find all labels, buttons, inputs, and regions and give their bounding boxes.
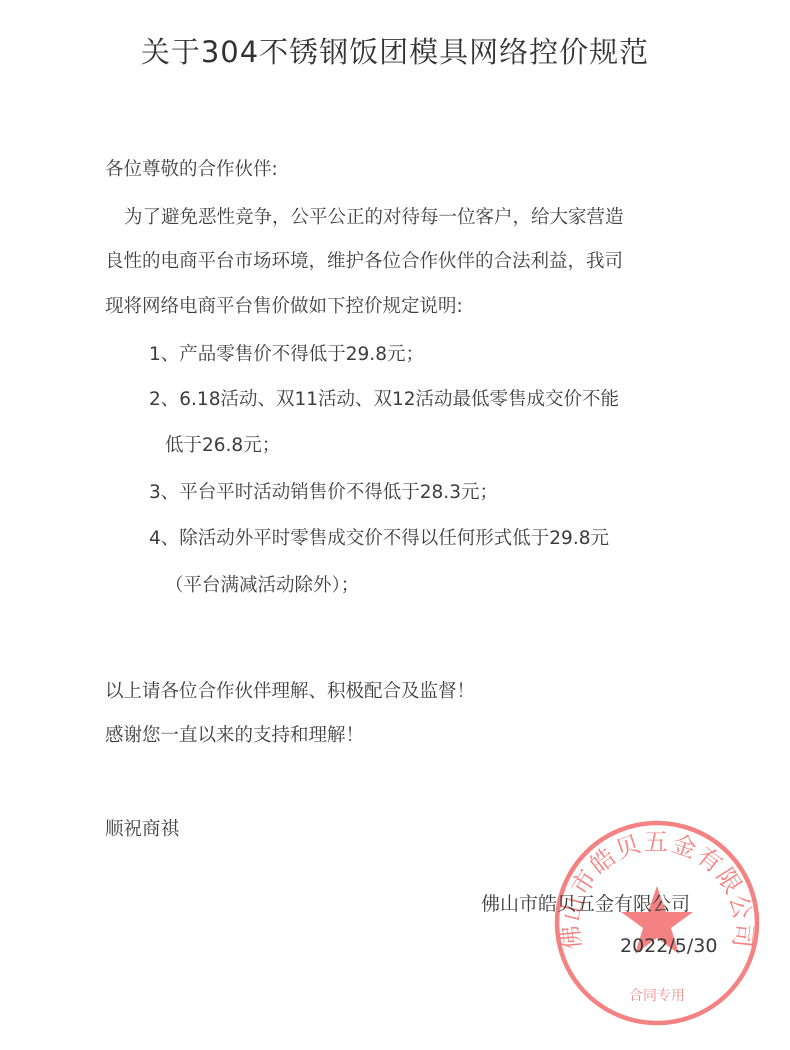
signature-date: 2022/5/30 xyxy=(620,935,717,957)
company-seal-icon: 佛山市皓贝五金有限公司 合同专用 xyxy=(552,818,762,1028)
rule-3: 3、平台平时活动销售价不得低于28.3元； xyxy=(149,478,498,504)
intro-line-1: 为了避免恶性竞争，公平公正的对待每一位客户，给大家营造 xyxy=(124,203,624,229)
rule-2: 2、6.18活动、双11活动、双12活动最低零售成交价不能 xyxy=(149,385,619,411)
intro-line-2: 良性的电商平台市场环境，维护各位合作伙伴的合法利益，我司 xyxy=(105,247,623,273)
closing-line-2: 感谢您一直以来的支持和理解！ xyxy=(105,721,364,747)
rule-4-continued: （平台满减活动除外）； xyxy=(165,571,359,597)
signature-company: 佛山市皓贝五金有限公司 xyxy=(481,889,690,916)
intro-line-3: 现将网络电商平台售价做如下控价规定说明: xyxy=(105,292,463,318)
document-title: 关于304不锈钢饭团模具网络控价规范 xyxy=(0,30,790,71)
svg-text:合同专用: 合同专用 xyxy=(629,988,685,1004)
regards: 顺祝商祺 xyxy=(105,815,179,841)
rule-1: 1、产品零售价不得低于29.8元； xyxy=(149,340,424,366)
rule-4: 4、除活动外平时零售成交价不得以任何形式低于29.8元 xyxy=(149,524,609,550)
greeting: 各位尊敬的合作伙伴: xyxy=(105,155,278,181)
closing-line-1: 以上请各位合作伙伴理解、积极配合及监督！ xyxy=(105,677,475,703)
rule-2-continued: 低于26.8元； xyxy=(165,431,280,457)
